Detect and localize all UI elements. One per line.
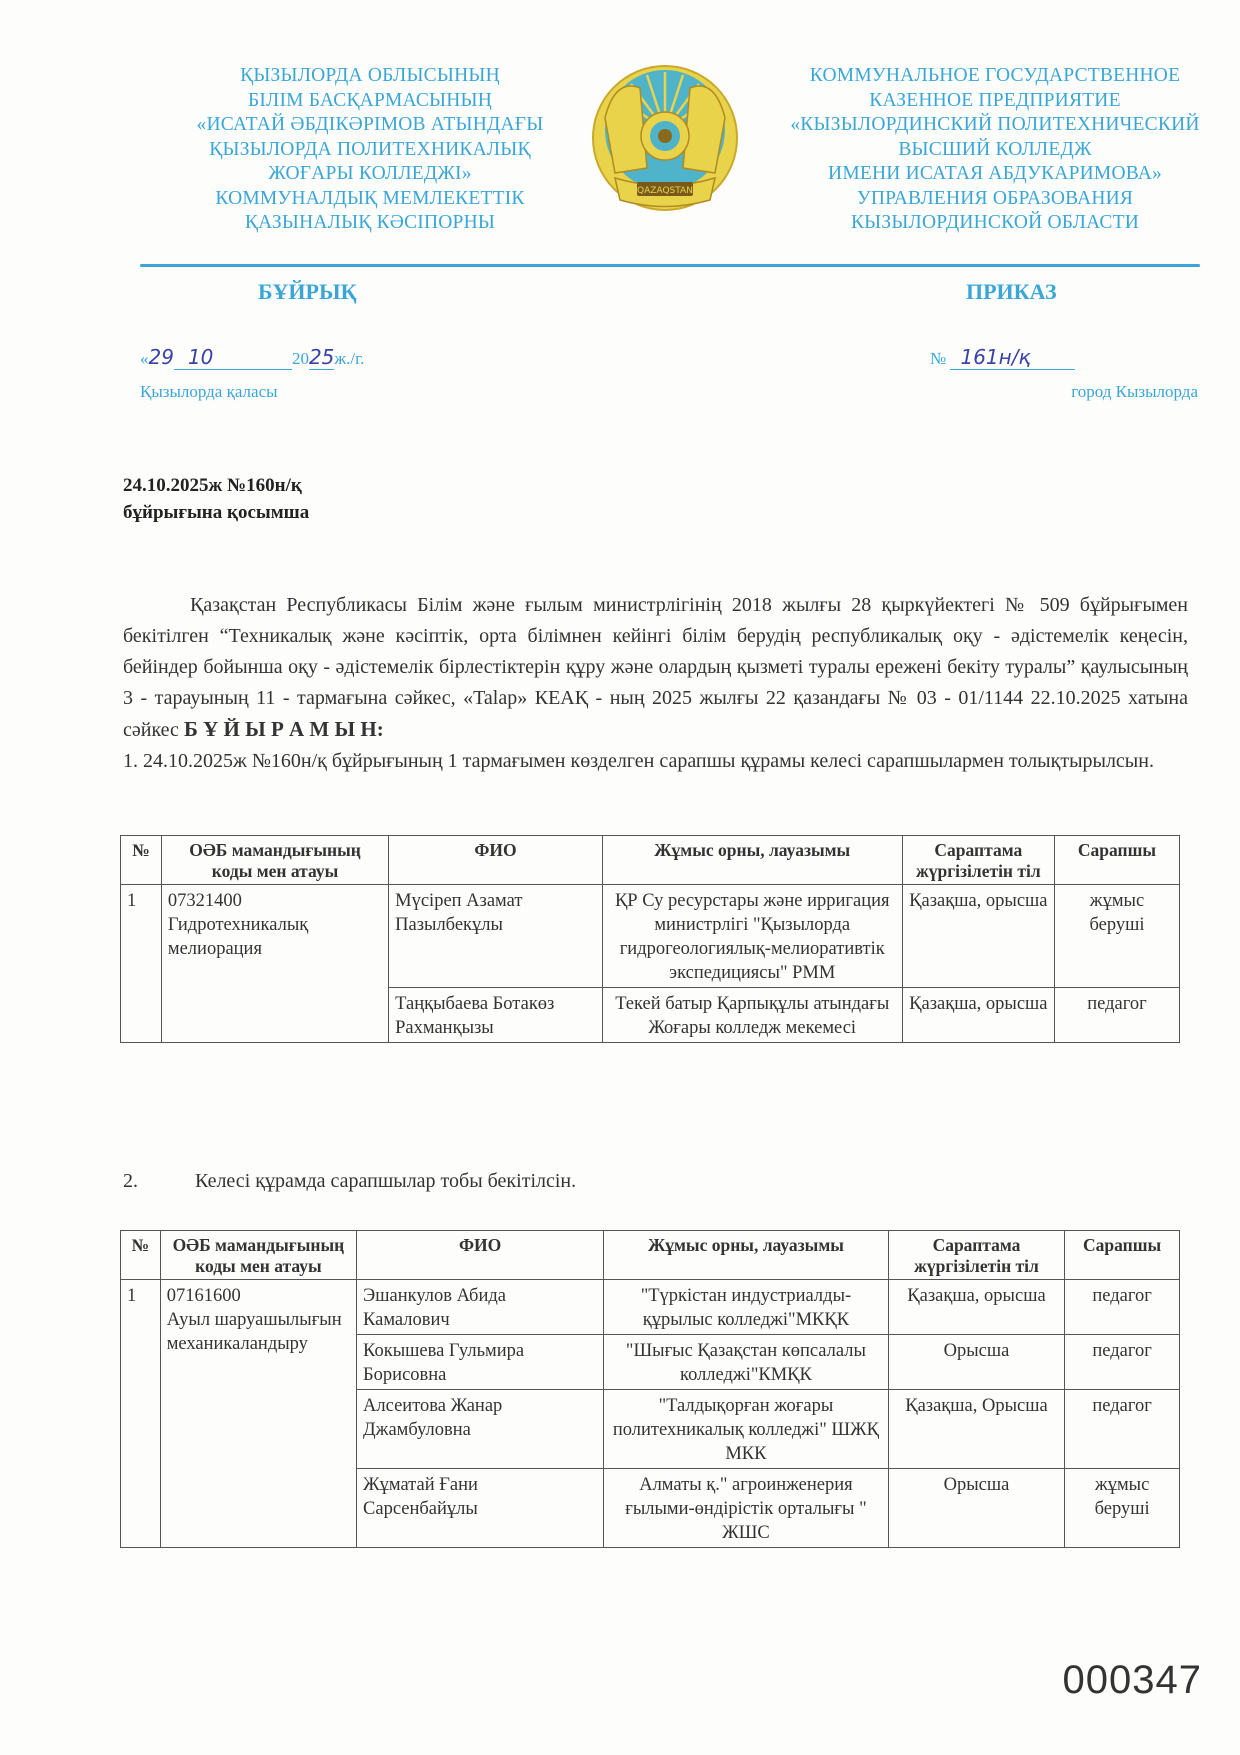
date-month: 10 (188, 345, 213, 369)
table-row: 1 07161600Ауыл шаруашылығын механикаланд… (121, 1280, 1180, 1335)
item-2: 2.Келесі құрамда сарапшылар тобы бекітіл… (123, 1170, 576, 1193)
page-number: 000347 (1063, 1658, 1202, 1703)
city-russian: город Кызылорда (1071, 382, 1198, 402)
reference-line-1: 24.10.2025ж №160н/қ (123, 472, 309, 499)
preamble-paragraph: Қазақстан Республикасы Білім және ғылым … (123, 590, 1188, 746)
org-line: ҚЫЗЫЛОРДА ПОЛИТЕХНИКАЛЫҚ (160, 138, 580, 163)
expert-group-table: № ОӘБ мамандығының коды мен атауы ФИО Жұ… (120, 1230, 1180, 1548)
date-year: 25 (309, 345, 334, 369)
item-1: 1. 24.10.2025ж №160н/қ бұйрығының 1 тарм… (123, 746, 1188, 777)
kazakhstan-emblem-icon: QAZAQSTAN (585, 58, 745, 218)
header-divider (140, 264, 1200, 267)
org-line: БІЛІМ БАСҚАРМАСЫНЫҢ (160, 89, 580, 114)
doc-type-kazakh: БҰЙРЫҚ (258, 279, 357, 305)
date-century: 20 (292, 349, 309, 368)
org-line: ЖОҒАРЫ КОЛЛЕДЖІ» (160, 162, 580, 187)
org-line: КЫЗЫЛОРДИНСКОЙ ОБЛАСТИ (780, 211, 1210, 236)
org-line: «ИСАТАЙ ӘБДІКӘРІМОВ АТЫНДАҒЫ (160, 113, 580, 138)
org-line: «КЫЗЫЛОРДИНСКИЙ ПОЛИТЕХНИЧЕСКИЙ (780, 113, 1210, 138)
org-name-russian: КОММУНАЛЬНОЕ ГОСУДАРСТВЕННОЕ КАЗЕННОЕ ПР… (780, 64, 1210, 236)
table-row: 1 07321400Гидротехникалық мелиорация Мүс… (121, 885, 1180, 988)
order-date: «29102025ж./г. (140, 345, 364, 370)
org-line: КОММУНАЛДЫҚ МЕМЛЕКЕТТІК (160, 187, 580, 212)
date-suffix: ж./г. (334, 349, 364, 368)
reference-line-2: бұйрығына қосымша (123, 499, 309, 526)
org-line: УПРАВЛЕНИЯ ОБРАЗОВАНИЯ (780, 187, 1210, 212)
table-header-row: № ОӘБ мамандығының коды мен атауы ФИО Жұ… (121, 1231, 1180, 1280)
order-body: Қазақстан Республикасы Білім және ғылым … (123, 590, 1188, 777)
org-line: ҚАЗЫНАЛЫҚ КӘСІПОРНЫ (160, 211, 580, 236)
org-line: ҚЫЗЫЛОРДА ОБЛЫСЫНЫҢ (160, 64, 580, 89)
city-kazakh: Қызылорда қаласы (140, 382, 278, 402)
org-line: ВЫСШИЙ КОЛЛЕДЖ (780, 138, 1210, 163)
order-word: Б Ұ Й Ы Р А М Ы Н: (184, 717, 384, 741)
org-line: ИМЕНИ ИСАТАЯ АБДУКАРИМОВА» (780, 162, 1210, 187)
specialty-cell: 07161600Ауыл шаруашылығын механикаландыр… (160, 1280, 356, 1548)
reference-block: 24.10.2025ж №160н/қ бұйрығына қосымша (123, 472, 309, 526)
org-line: КОММУНАЛЬНОЕ ГОСУДАРСТВЕННОЕ (780, 64, 1210, 89)
doc-type-russian: ПРИКАЗ (966, 279, 1057, 305)
date-day: 29 (149, 345, 174, 369)
org-name-kazakh: ҚЫЗЫЛОРДА ОБЛЫСЫНЫҢ БІЛІМ БАСҚАРМАСЫНЫҢ … (160, 64, 580, 236)
order-number-value: 161н/қ (960, 345, 1030, 369)
experts-supplement-table: № ОӘБ мамандығының коды мен атауы ФИО Жұ… (120, 835, 1180, 1043)
order-number: № 161н/қ (930, 345, 1075, 370)
svg-text:QAZAQSTAN: QAZAQSTAN (637, 186, 693, 196)
table-header-row: № ОӘБ мамандығының коды мен атауы ФИО Жұ… (121, 836, 1180, 885)
org-line: КАЗЕННОЕ ПРЕДПРИЯТИЕ (780, 89, 1210, 114)
specialty-cell: 07321400Гидротехникалық мелиорация (161, 885, 388, 1043)
